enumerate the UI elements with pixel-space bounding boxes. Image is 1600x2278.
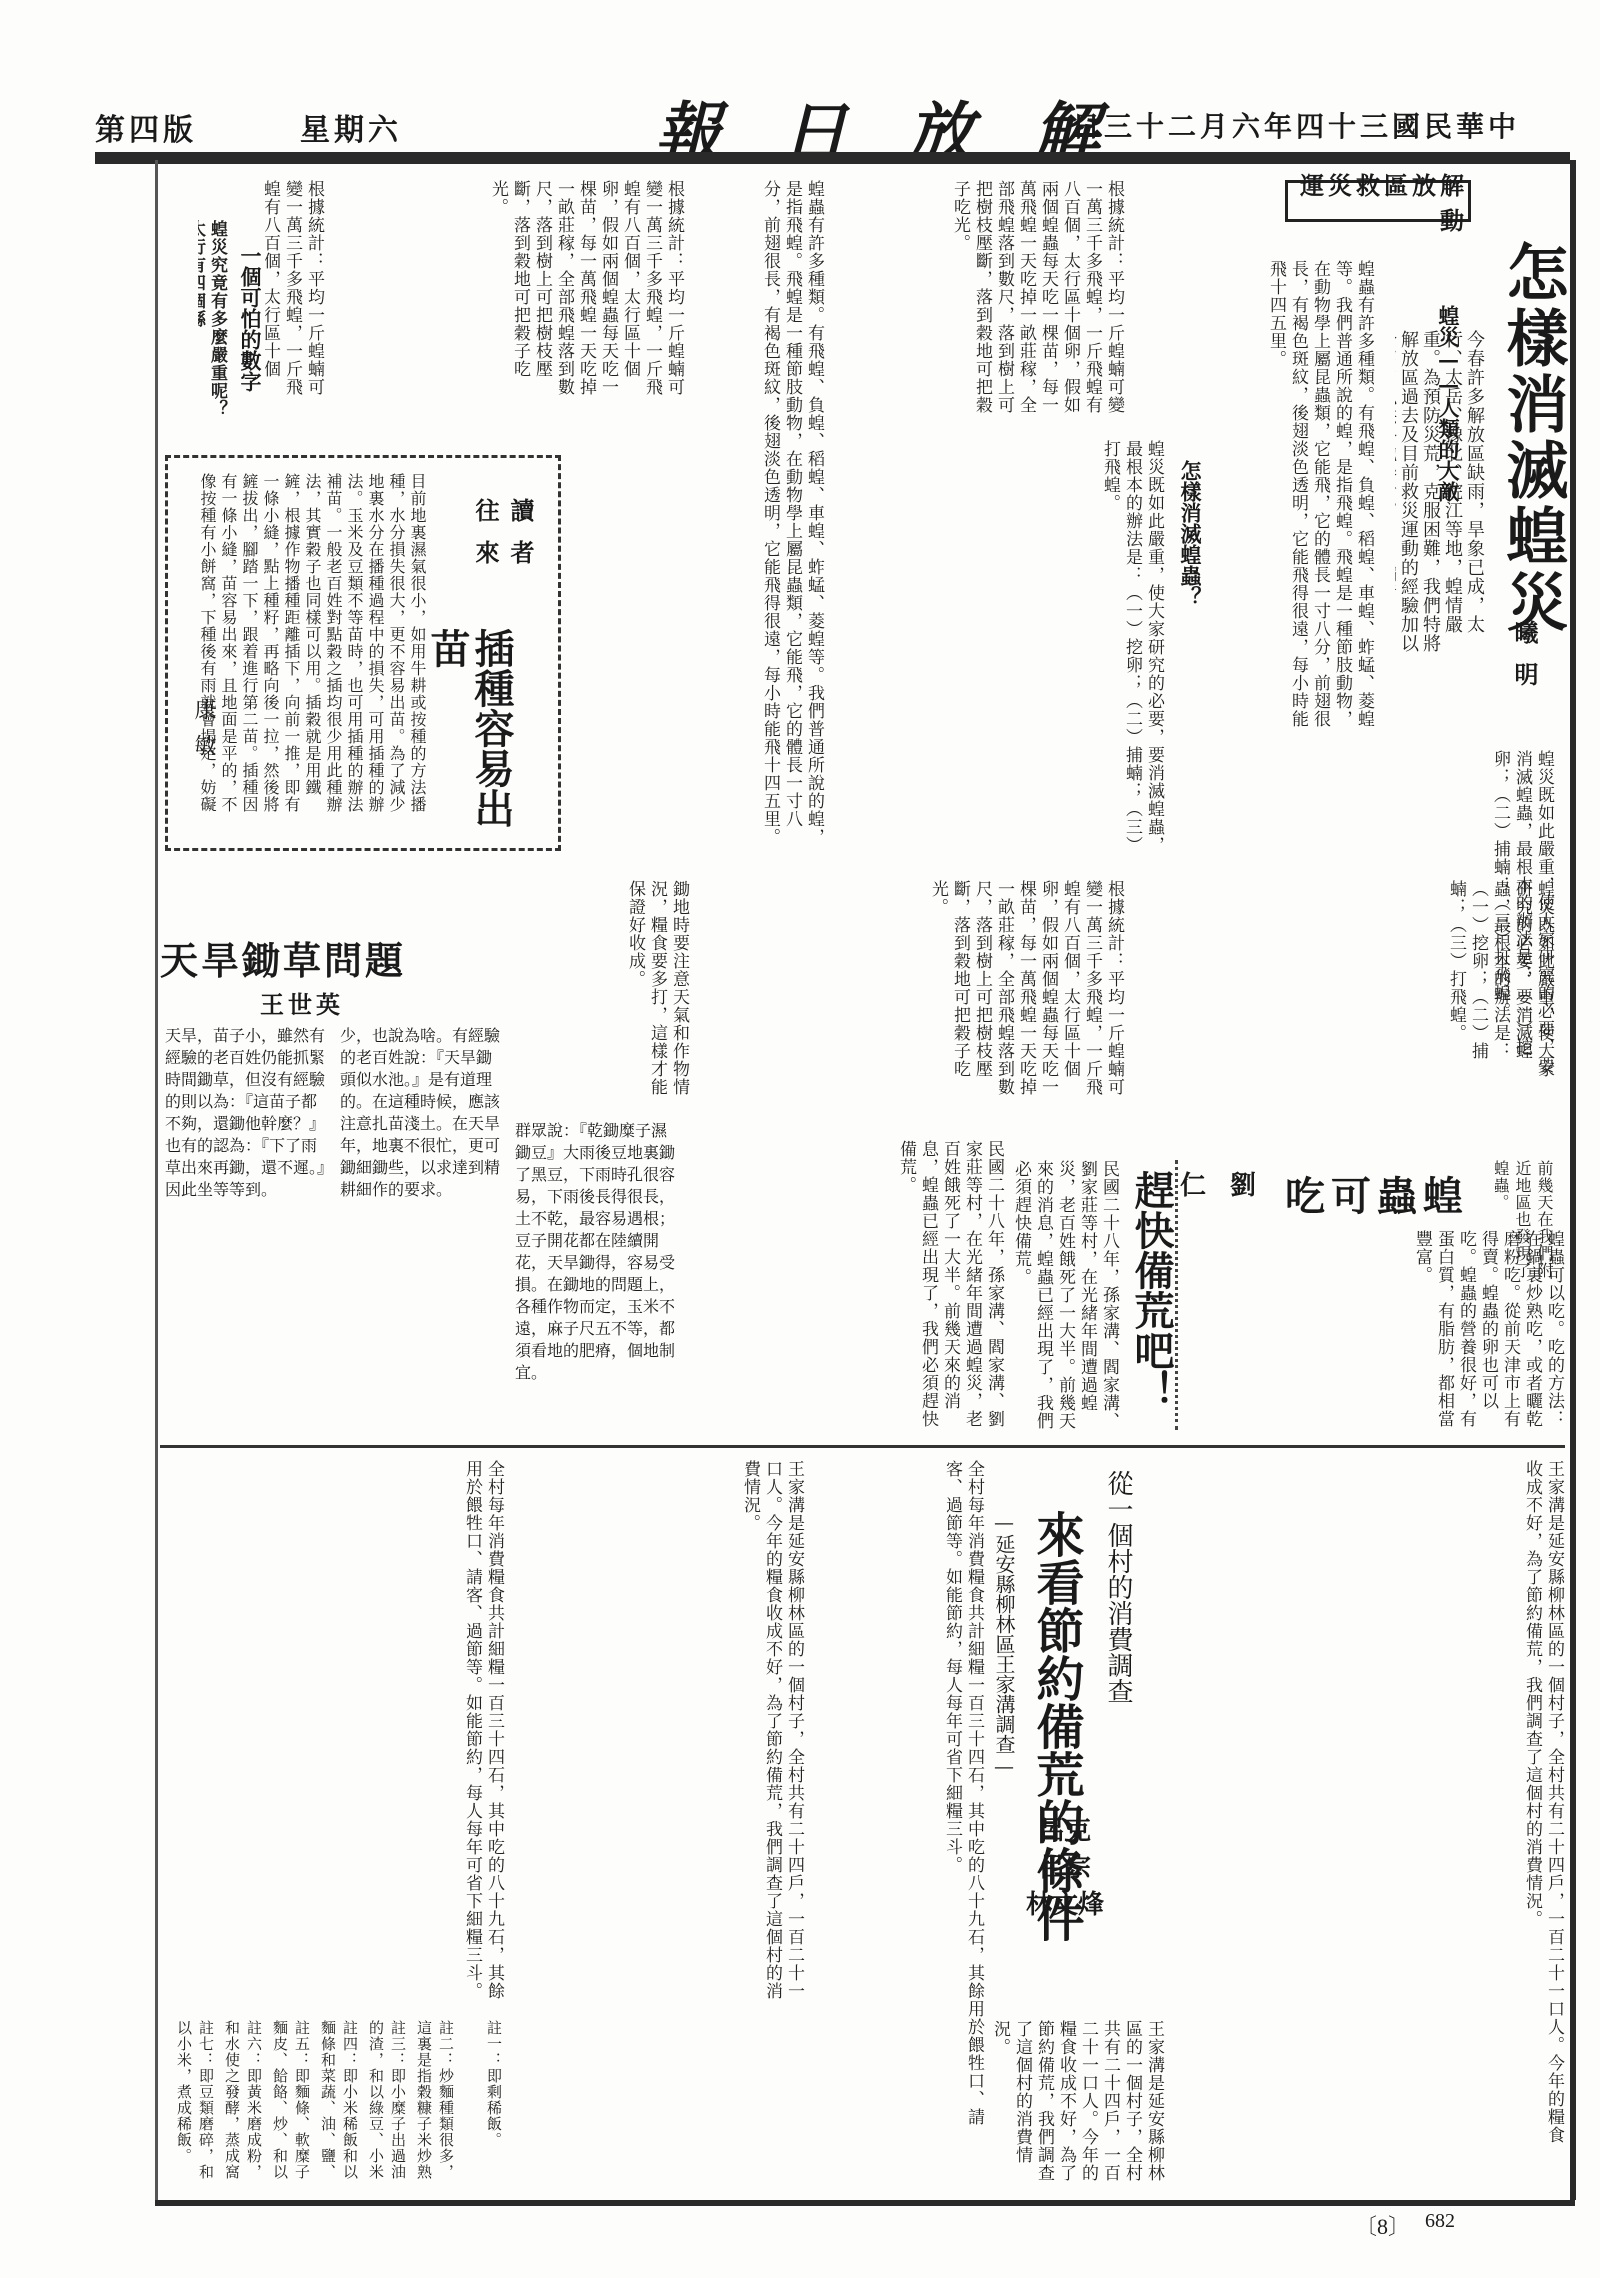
- locust-body-1: 蝗蟲有許多種類。有飛蝗、負蝗、稻蝗、車蝗、蚱蜢、菱蝗等。我們普通所說的蝗，是指飛…: [1135, 260, 1375, 730]
- note-4: 註四：即小米稀飯和以麵條和菜蔬、油、鹽、調料。: [317, 2020, 361, 2190]
- section-label: 解放區救災運動: [1288, 166, 1468, 236]
- weeding-body-2: 少，也說為啥。有經驗的老百姓說：『天旱鋤頭似水池。』是有道理的。在這種時候，應該…: [340, 1025, 500, 1435]
- eatable-body: 蝗蟲可以吃。吃的方法：在鍋裏炒熟吃，或者曬乾磨粉吃。從前天津市上有得賣。蝗蟲的卵…: [1185, 1230, 1565, 1430]
- locust-subhead-how: 怎樣消滅蝗蟲？: [1175, 460, 1205, 607]
- eatable-author: 劉仁: [1180, 1165, 1280, 1202]
- survey-body-3: 王家溝是延安縣柳林區的一個村子，全村共有二十四戶，一百二十一口人。今年的糧食收成…: [515, 1460, 805, 2010]
- locust-body-8: 根據統計：平均一斤蝗蝻可變一萬三千多飛蝗，一斤飛蝗有八百個，太行區十個卵，假如兩…: [265, 180, 325, 410]
- left-border: [155, 160, 158, 2200]
- readers-headline: 插種容易出苗: [425, 628, 513, 848]
- weeding-quote: 群眾說：『乾鋤糜子濕鋤豆』大雨後豆地裏鋤了黑豆，下雨時孔很容易，下雨後長得很長，…: [515, 1120, 675, 1430]
- locust-body-7: 根據統計：平均一斤蝗蝻可變一萬三千多飛蝗，一斤飛蝗有八百個，太行區十個卵，假如兩…: [325, 180, 685, 410]
- issue-date: 中華民國三十四年六月二十三日: [1072, 105, 1520, 145]
- weeding-side-body: 鋤地時要注意天氣和作物情況，糧食要多打，這樣才能保證好收成。: [510, 880, 690, 1100]
- note-3: 註三：即小糜子出過油的渣，和以綠豆、小米與菜湯。: [365, 2020, 409, 2190]
- bottom-rule: [155, 2200, 1575, 2206]
- locust-body-4: 蝗蟲有許多種類。有飛蝗、負蝗、稻蝗、車蝗、蚱蜢、菱蝗等。我們普通所說的蝗，是指飛…: [695, 180, 825, 860]
- page-number: 682: [1425, 2210, 1455, 2233]
- eatable-headline: 蝗蟲可吃: [1285, 1165, 1469, 1222]
- locust-author: 曦明: [1507, 620, 1542, 704]
- middle-story-body: 民國二十八年，孫家溝、閻家溝、劉家莊等村，在光緒年間遭過蝗災，老百姓餓死了一大半…: [695, 1140, 1005, 1440]
- note-5: 註五：即麵條、軟糜子麵皮、餄餎、炒、和以水，使之發酵，然後經過油炸，即可吃。: [269, 2020, 313, 2190]
- weeding-author: 王世英: [260, 985, 344, 1020]
- prepare-body: 民國二十八年，孫家溝、閻家溝、劉家莊等村，在光緒年間遭過蝗災，老百姓餓死了一大半…: [1015, 1160, 1120, 1430]
- weekday-label: 星期六: [300, 105, 402, 149]
- readers-body: 目前地裏濕氣很小，如用牛耕或按種的方法播種，水分損失很大，更不容易出苗。為了減少…: [198, 473, 428, 828]
- edition-label: 第四版: [95, 105, 197, 149]
- locust-subhead-enemy: 蝗災——人類的大敵: [1433, 305, 1463, 502]
- locust-headline: 怎樣消滅蝗災: [1500, 240, 1564, 636]
- right-border: [1570, 160, 1576, 2200]
- survey-notes: 註一：即剩稀飯。 註二：炒麵種類很多，這裏是指穀糠子米炒熟後磨成麵粉，和以糠麥麵…: [165, 2020, 505, 2190]
- note-1: 註一：即剩稀飯。: [461, 2020, 505, 2190]
- section-label-box: 解放區救災運動: [1285, 180, 1471, 222]
- survey-subtitle: —延安縣柳林區王家溝調查—: [990, 1510, 1019, 1778]
- page-marker: 〔8〕: [1355, 2210, 1410, 2241]
- survey-body-5: 王家溝是延安縣柳林區的一個村子，全村共有二十四戶，一百二十一口人。今年的糧食收成…: [515, 2020, 1165, 2190]
- survey-author-1: 呂克: [1015, 1810, 1115, 1847]
- weeding-headline: 天旱鋤草問題: [160, 930, 406, 985]
- survey-body-1: 王家溝是延安縣柳林區的一個村子，全村共有二十四戶，一百二十一口人。今年的糧食收成…: [1175, 1460, 1565, 2160]
- locust-continuation: 蝗災既如此嚴重，使大家研究的必要，要消滅蝗蟲，最根本的辦法是：（一）挖卵；（二）…: [1015, 880, 1555, 1080]
- locust-subhead-number: 一個可怕的數字: [235, 245, 265, 392]
- locust-final-note: 蝗災究竟有多麼嚴重呢？太行有四個縣: [198, 220, 228, 420]
- readers-author: 康敏: [188, 698, 219, 770]
- masthead: 第四版 星期六 解放日報 中華民國三十四年六月二十三日: [95, 60, 1570, 150]
- note-7: 註七：即豆類磨碎，和以小米，煮成稀飯。: [173, 2020, 217, 2190]
- newspaper-page: 第四版 星期六 解放日報 中華民國三十四年六月二十三日 解放區救災運動 怎樣消滅…: [95, 60, 1570, 2180]
- survey-author-3: 林文烽: [1015, 1884, 1115, 1921]
- note-2: 註二：炒麵種類很多，這裏是指穀糠子米炒熟後磨成麵粉，和以糠麥麵和之黃米炒麵。: [413, 2020, 457, 2190]
- locust-body-2: 根據統計：平均一斤蝗蝻可變一萬三千多飛蝗，一斤飛蝗有八百個，太行區十個卵，假如兩…: [835, 180, 1125, 430]
- masthead-rule: [95, 152, 1570, 164]
- locust-body-3: 蝗災既如此嚴重，使大家研究的必要，要消滅蝗蟲，最根本的辦法是：（一）挖卵；（二）…: [835, 440, 1165, 860]
- note-6: 註六：即黃米磨成粉，和水使之發酵，蒸成窩窩。: [221, 2020, 265, 2190]
- survey-authors: 呂克 呂宗 林文烽: [1015, 1810, 1115, 1921]
- section-rule: [160, 1445, 1565, 1448]
- weeding-body-1: 天旱，苗子小，雖然有經驗的老百姓仍能抓緊時間鋤草，但沒有經驗的則以為：『這苗子都…: [165, 1025, 325, 1435]
- column-divider: [1175, 1160, 1186, 1430]
- survey-body-4: 全村每年消費糧食共計細糧一百三十四石，其中吃的八十九石，其餘用於餵牲口、請客、過…: [165, 1460, 505, 2010]
- readers-box: 讀者往來 插種容易出苗 目前地裏濕氣很小，如用牛耕或按種的方法播種，水分損失很大…: [165, 455, 561, 851]
- readers-label: 讀者往來: [458, 498, 538, 608]
- survey-author-2: 呂宗: [1015, 1847, 1115, 1884]
- survey-kicker: 從一個村的消費調查: [1100, 1470, 1137, 1704]
- prepare-headline: 趕快備荒吧！: [1130, 1170, 1172, 1410]
